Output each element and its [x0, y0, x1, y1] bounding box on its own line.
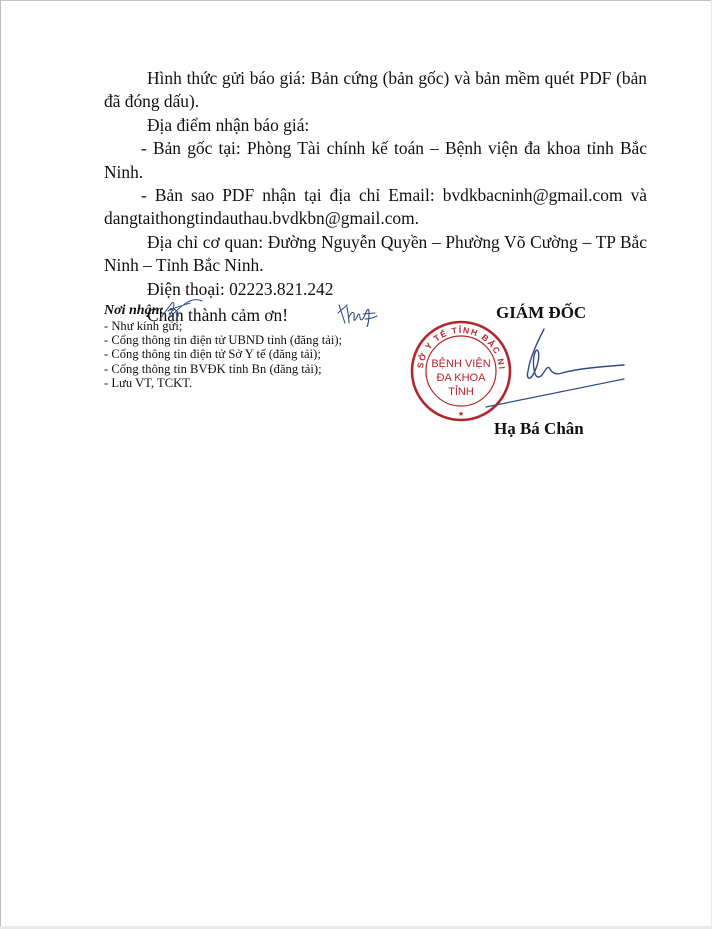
recipients-title: Nơi nhận: [104, 303, 404, 319]
recipient-item: - Cổng thông tin điện tử Sở Y tế (đăng t… [104, 347, 404, 361]
recipients-initials-icon [156, 297, 206, 326]
document-page: Hình thức gửi báo giá: Bản cứng (bản gốc… [0, 0, 711, 926]
delivery-method-paragraph: Hình thức gửi báo giá: Bản cứng (bản gốc… [104, 67, 647, 114]
recipient-item: - Lưu VT, TCKT. [104, 376, 404, 390]
recipient-item: - Cổng thông tin điện tử UBND tỉnh (đăng… [104, 333, 404, 347]
signer-name: Hạ Bá Chân [494, 419, 584, 439]
director-signature-icon [466, 321, 626, 416]
svg-text:★: ★ [458, 410, 464, 418]
letter-body: Hình thức gửi báo giá: Bản cứng (bản gốc… [104, 67, 647, 333]
recipients-block: Nơi nhận: - Như kính gửi; - Cổng thông t… [104, 303, 404, 390]
recipient-item: - Như kính gửi; [104, 319, 404, 333]
pdf-copy-paragraph: - Bản sao PDF nhận tại địa chỉ Email: bv… [104, 184, 647, 231]
office-address-paragraph: Địa chỉ cơ quan: Đường Nguyễn Quyền – Ph… [104, 231, 647, 278]
receive-location-label: Địa điểm nhận báo giá: [104, 114, 647, 137]
recipient-item: - Cổng thông tin BVĐK tỉnh Bn (đăng tải)… [104, 362, 404, 376]
original-at-line: - Bản gốc tại: Phòng Tài chính kế toán –… [104, 137, 647, 184]
signature-block: GIÁM ĐỐC SỞ Y TẾ TỈNH BẮC NINH BỆNH VIỆN… [406, 301, 626, 451]
